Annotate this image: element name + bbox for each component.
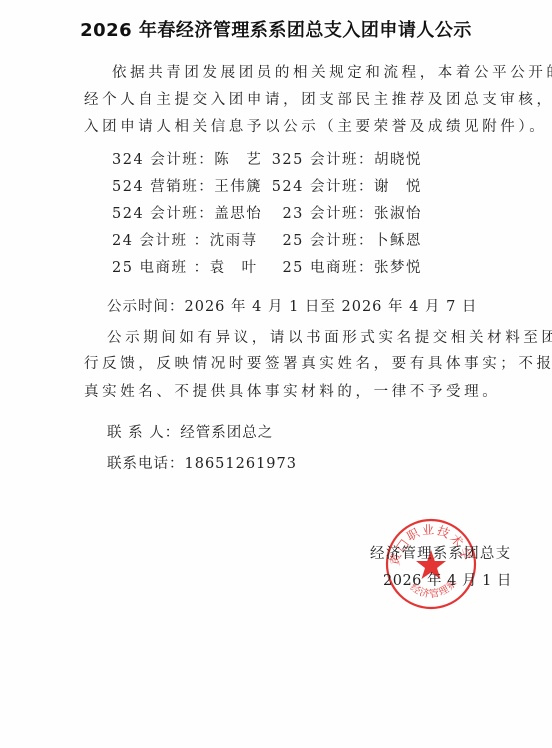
signature-organization: 经济管理系系团总支 — [370, 542, 511, 563]
applicant-class: 25 电商班： — [282, 260, 374, 276]
contact-person: 联 系 人：经管系团总之 — [107, 421, 273, 442]
applicant-class: 524 营销班： — [112, 179, 214, 195]
applicant-entry: 25 会计班：卜稣恩 — [252, 229, 422, 250]
applicant-entry: 23 会计班：张淑怡 — [252, 202, 422, 223]
contact-phone: 联系电话：18651261973 — [107, 452, 297, 473]
applicant-entry: 324 会计班：陈 艺 — [112, 148, 262, 169]
applicant-class: 23 会计班： — [282, 206, 374, 222]
applicant-entry: 24 会计班 ：沈雨荨 — [112, 229, 258, 250]
applicant-entry: 524 营销班：王伟篪 — [112, 175, 262, 196]
applicant-name: 谢 悦 — [374, 179, 422, 195]
notice-page: 2026 年春经济管理系系团总支入团申请人公示 依据共青团发展团员的相关规定和流… — [0, 0, 552, 748]
applicant-entry: 25 电商班：张梦悦 — [252, 256, 422, 277]
publication-period: 公示时间：2026 年 4 月 1 日至 2026 年 4 月 7 日 — [107, 295, 477, 316]
applicant-class: 524 会计班： — [112, 206, 214, 222]
applicant-name: 卜稣恩 — [374, 233, 422, 249]
official-seal: 黄□职业技术学院 经济管理系 — [383, 516, 479, 612]
applicant-entry: 524 会计班：谢 悦 — [252, 175, 422, 196]
applicant-class: 24 会计班 ： — [112, 233, 210, 249]
signature-date: 2026 年 4 月 1 日 — [383, 569, 512, 590]
applicant-name: 张淑怡 — [374, 206, 422, 222]
applicant-class: 25 电商班 ： — [112, 260, 210, 276]
applicant-class: 25 会计班： — [282, 233, 374, 249]
intro-paragraph-line-3: 入团申请人相关信息予以公示（主要荣誉及成绩见附件）。 — [84, 115, 547, 136]
objection-paragraph-line-2: 行反馈，反映情况时要签署真实姓名，要有具体事实；不报或不签署 — [84, 352, 552, 373]
applicant-class: 325 会计班： — [272, 152, 374, 168]
applicant-class: 324 会计班： — [112, 152, 214, 168]
intro-paragraph-line-1: 依据共青团发展团员的相关规定和流程，本着公平公开的原则， — [112, 61, 552, 82]
page-title: 2026 年春经济管理系系团总支入团申请人公示 — [0, 16, 552, 42]
objection-paragraph-line-1: 公示期间如有异议，请以书面形式实名提交相关材料至团总支进 — [107, 326, 552, 347]
applicant-name: 胡晓悦 — [374, 152, 422, 168]
applicant-entry: 524 会计班：盖思怡 — [112, 202, 262, 223]
applicant-name: 张梦悦 — [374, 260, 422, 276]
applicant-entry: 25 电商班 ：袁 叶 — [112, 256, 258, 277]
applicant-class: 524 会计班： — [272, 179, 374, 195]
intro-paragraph-line-2: 经个人自主提交入团申请，团支部民主推荐及团总支审核，现对本次 — [84, 88, 552, 109]
applicant-name: 沈雨荨 — [210, 233, 258, 249]
applicant-name: 袁 叶 — [210, 260, 258, 276]
applicant-entry: 325 会计班：胡晓悦 — [252, 148, 422, 169]
objection-paragraph-line-3: 真实姓名、不提供具体事实材料的，一律不予受理。 — [84, 380, 500, 401]
